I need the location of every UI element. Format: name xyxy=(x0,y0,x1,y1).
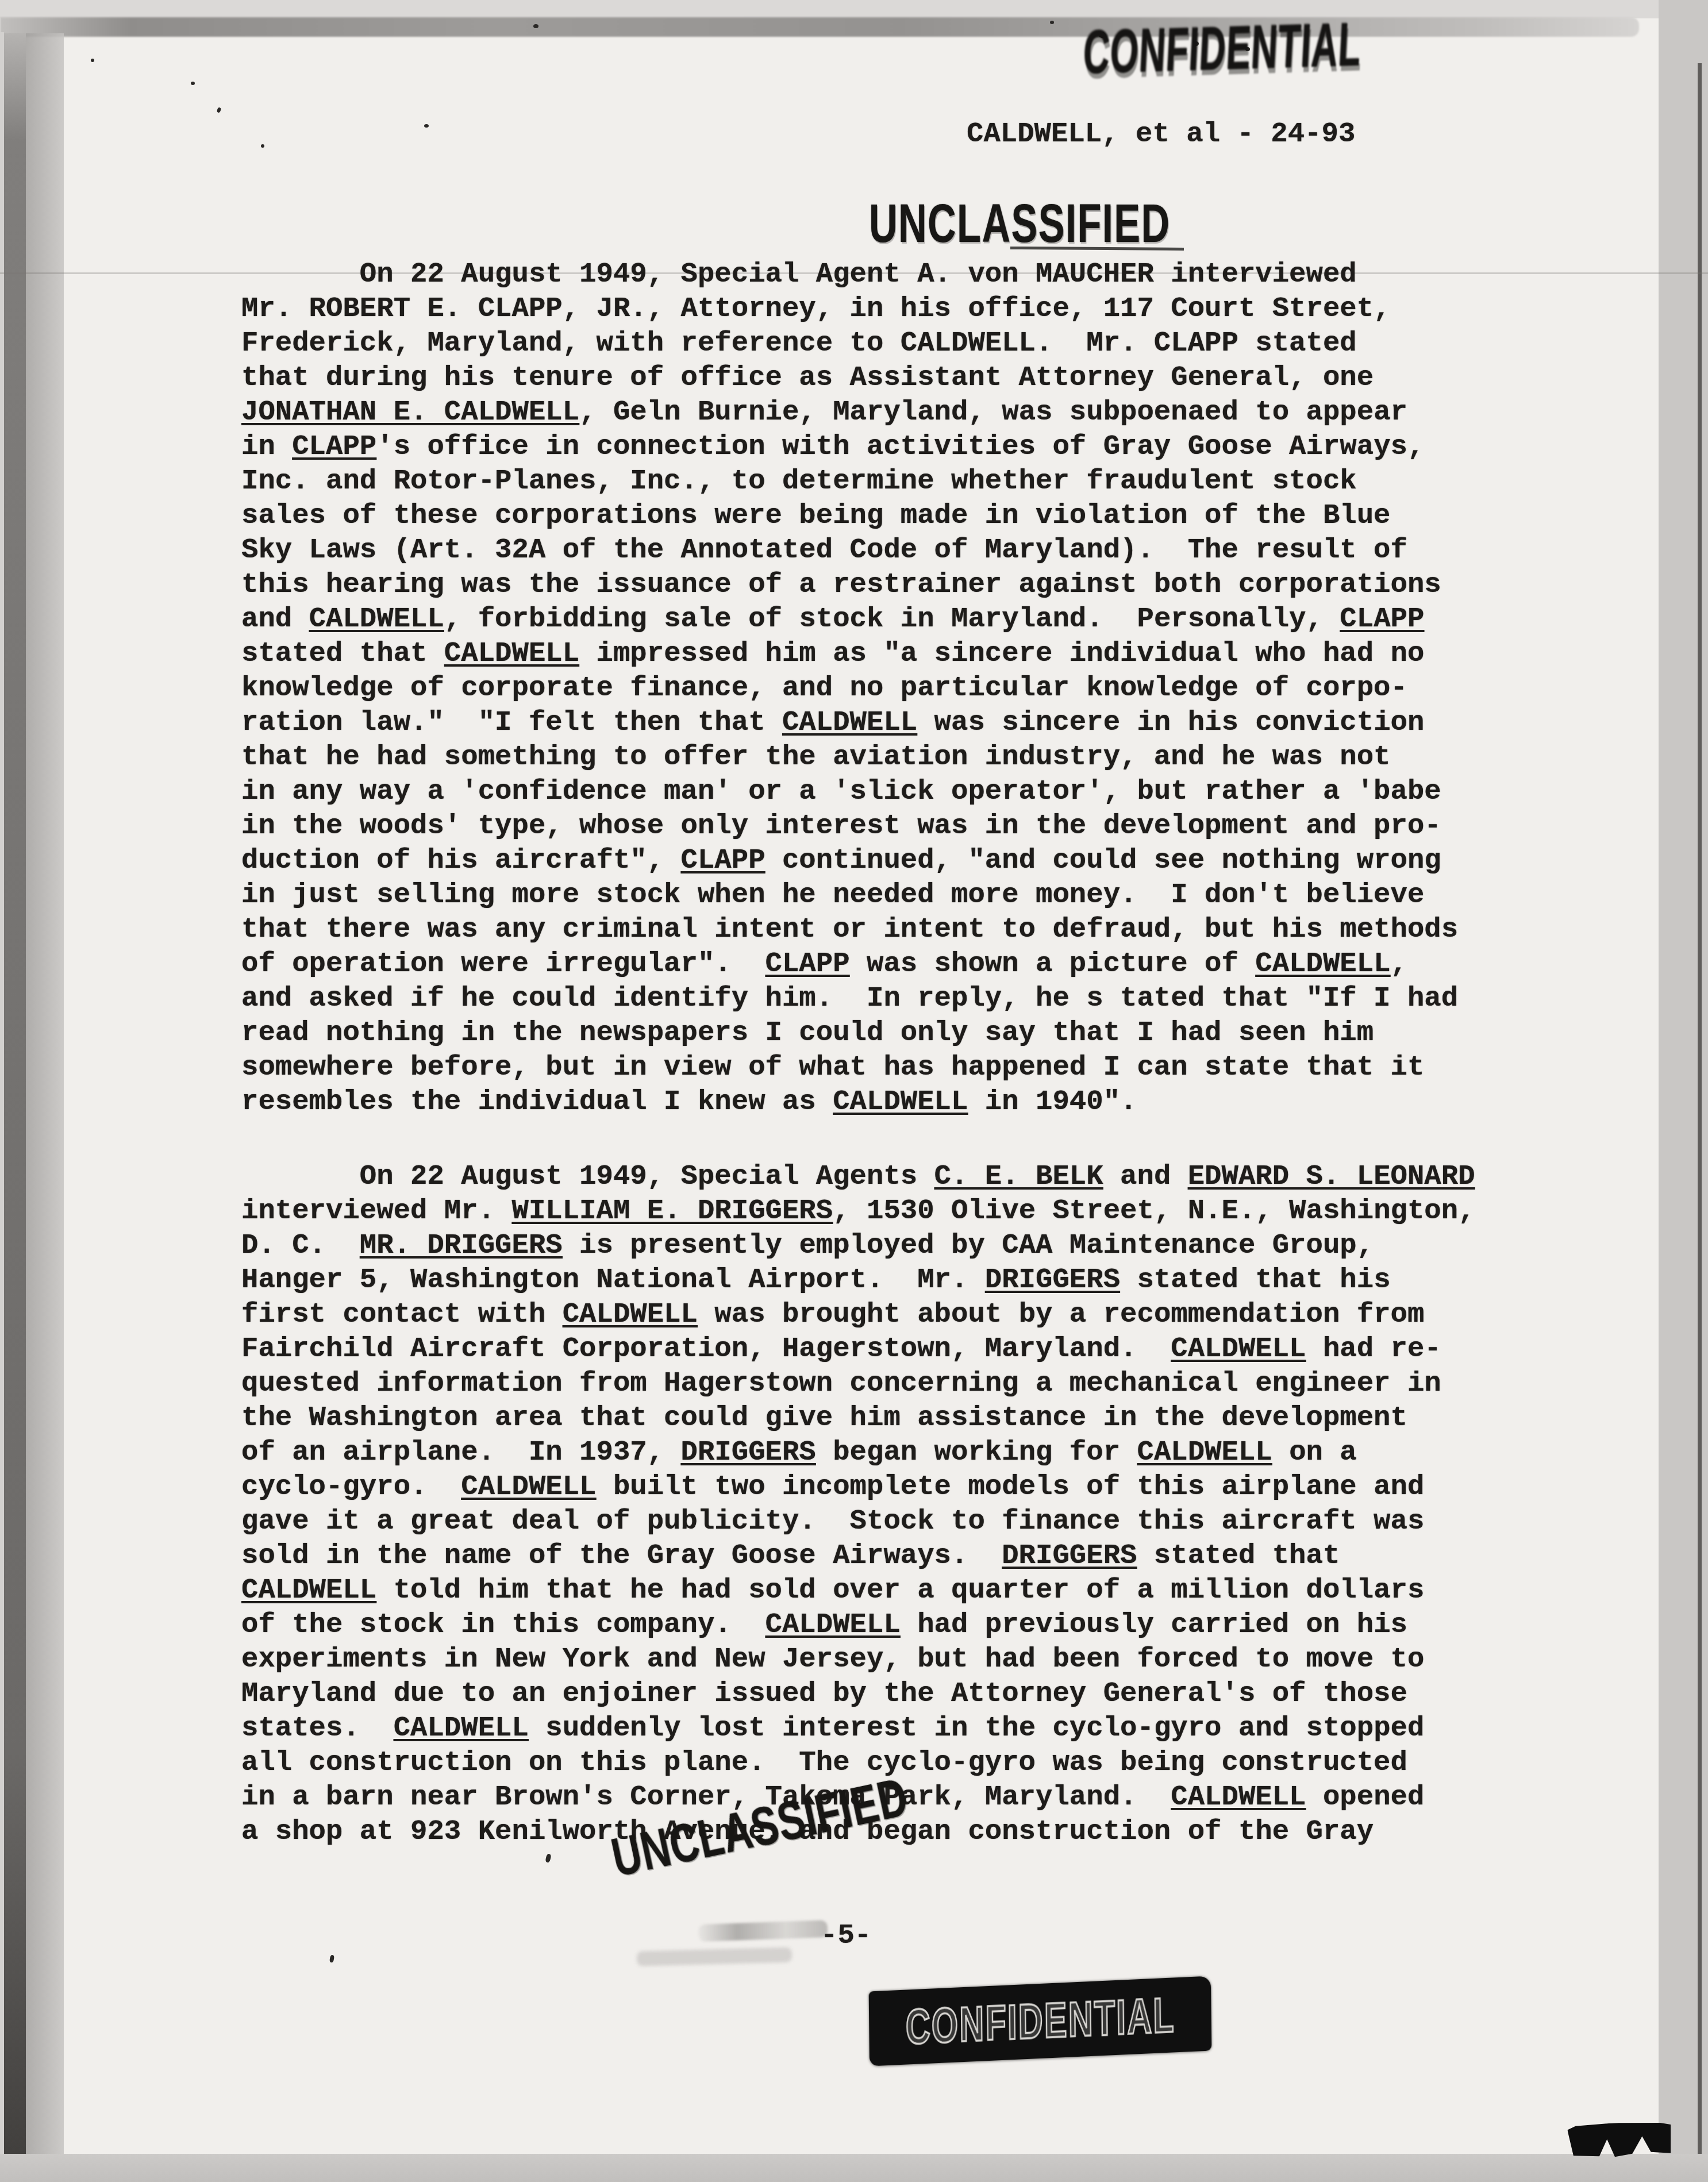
scan-edge-top xyxy=(0,0,1708,18)
text-line: sold in the name of the Gray Goose Airwa… xyxy=(241,1538,1475,1573)
text-line: and CALDWELL, forbidding sale of stock i… xyxy=(241,602,1458,636)
paragraph-clapp-interview: On 22 August 1949, Special Agent A. von … xyxy=(241,257,1458,1119)
text-line: interviewed Mr. WILLIAM E. DRIGGERS, 153… xyxy=(241,1194,1475,1228)
scan-edge-left-sliver xyxy=(0,32,4,2182)
scan-speck xyxy=(217,107,222,113)
text-line: that there was any criminal intent or in… xyxy=(241,912,1458,946)
text-line: quested information from Hagerstown conc… xyxy=(241,1366,1475,1400)
text-line: sales of these corporations were being m… xyxy=(241,498,1458,533)
scan-speck xyxy=(91,59,94,62)
pencil-smudge xyxy=(698,1920,828,1942)
text-line: of the stock in this company. CALDWELL h… xyxy=(241,1607,1475,1642)
scan-speck xyxy=(329,1954,334,1962)
text-line: D. C. MR. DRIGGERS is presently employed… xyxy=(241,1228,1475,1263)
text-line: stated that CALDWELL impressed him as "a… xyxy=(241,636,1458,671)
scan-speck xyxy=(545,1853,551,1862)
scan-smudge-band xyxy=(0,17,1639,37)
confidential-stamp-top: CONFIDENTIAL xyxy=(1082,14,1363,84)
text-line: knowledge of corporate finance, and no p… xyxy=(241,671,1458,705)
unclassified-stamp-heading: UNCLASSIFIED xyxy=(869,197,1171,251)
text-line: Sky Laws (Art. 32A of the Annotated Code… xyxy=(241,533,1458,567)
text-line: CALDWELL told him that he had sold over … xyxy=(241,1573,1475,1607)
text-line: Maryland due to an enjoiner issued by th… xyxy=(241,1676,1475,1711)
text-line: read nothing in the newspapers I could o… xyxy=(241,1015,1458,1050)
scan-speck xyxy=(261,144,264,148)
scan-speck xyxy=(191,82,195,85)
text-line: Hanger 5, Washington National Airport. M… xyxy=(241,1263,1475,1297)
text-line: cyclo-gyro. CALDWELL built two incomplet… xyxy=(241,1469,1475,1504)
paragraph-driggers-interview: On 22 August 1949, Special Agents C. E. … xyxy=(241,1159,1475,1849)
text-line: in the woods' type, whose only interest … xyxy=(241,809,1458,843)
text-line: the Washington area that could give him … xyxy=(241,1400,1475,1435)
scan-speck xyxy=(533,24,538,28)
scan-edge-bottom xyxy=(0,2154,1708,2182)
scan-edge-left-dark xyxy=(4,33,26,2182)
text-line: Fairchild Aircraft Corporation, Hagersto… xyxy=(241,1331,1475,1366)
pencil-smudge xyxy=(637,1947,793,1966)
text-line: ration law." "I felt then that CALDWELL … xyxy=(241,705,1458,740)
text-line: in CLAPP's office in connection with act… xyxy=(241,429,1458,464)
scan-edge-left-mid xyxy=(26,33,64,2182)
text-line: somewhere before, but in view of what ha… xyxy=(241,1050,1458,1084)
text-line: of an airplane. In 1937, DRIGGERS began … xyxy=(241,1435,1475,1469)
text-line: this hearing was the issuance of a restr… xyxy=(241,567,1458,602)
text-line: experiments in New York and New Jersey, … xyxy=(241,1642,1475,1676)
text-line: Inc. and Rotor-Planes, Inc., to determin… xyxy=(241,464,1458,498)
text-line: states. CALDWELL suddenly lost interest … xyxy=(241,1711,1475,1745)
scan-speck xyxy=(1050,21,1054,24)
text-line: that he had something to offer the aviat… xyxy=(241,740,1458,774)
text-line: first contact with CALDWELL was brought … xyxy=(241,1297,1475,1331)
scan-edge-right-line xyxy=(1698,63,1702,2182)
page-number: -5- xyxy=(821,1918,871,1953)
text-line: On 22 August 1949, Special Agents C. E. … xyxy=(241,1159,1475,1194)
text-line: On 22 August 1949, Special Agent A. von … xyxy=(241,257,1458,291)
text-line: that during his tenure of office as Assi… xyxy=(241,360,1458,395)
text-line: in any way a 'confidence man' or a 'slic… xyxy=(241,774,1458,809)
text-line: Frederick, Maryland, with reference to C… xyxy=(241,326,1458,360)
text-line: resembles the individual I knew as CALDW… xyxy=(241,1084,1458,1119)
text-line: JONATHAN E. CALDWELL, Geln Burnie, Maryl… xyxy=(241,395,1458,429)
text-line: and asked if he could identify him. In r… xyxy=(241,981,1458,1015)
text-line: of operation were irregular". CLAPP was … xyxy=(241,946,1458,981)
text-line: gave it a great deal of publicity. Stock… xyxy=(241,1504,1475,1538)
text-line: duction of his aircraft", CLAPP continue… xyxy=(241,843,1458,878)
confidential-stamp-text: CONFIDENTIAL xyxy=(905,1991,1175,2052)
text-line: Mr. ROBERT E. CLAPP, JR., Attorney, in h… xyxy=(241,291,1458,326)
scan-speck xyxy=(424,124,429,128)
document-reference: CALDWELL, et al - 24-93 xyxy=(967,119,1355,149)
scanned-document-page: CONFIDENTIAL CALDWELL, et al - 24-93 UNC… xyxy=(0,0,1708,2182)
text-line: in just selling more stock when he neede… xyxy=(241,878,1458,912)
confidential-stamp-bottom: CONFIDENTIAL xyxy=(869,1976,1212,2066)
